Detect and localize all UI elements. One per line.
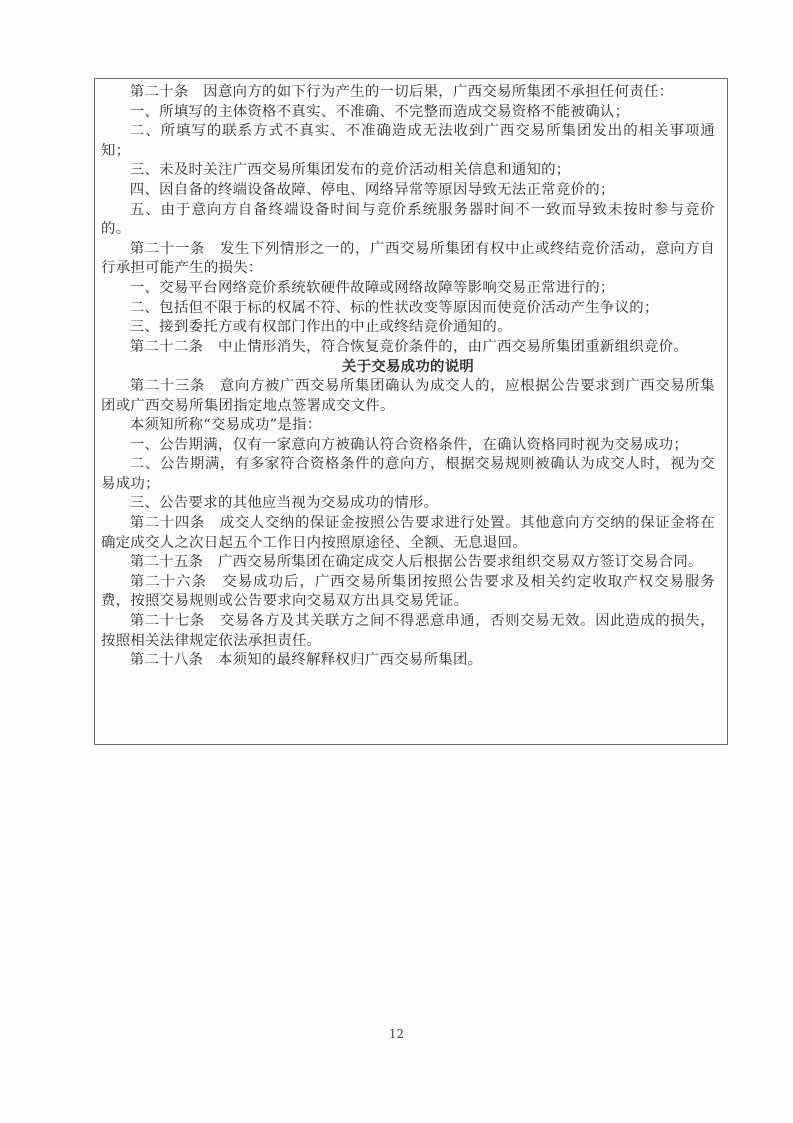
article-20-item-5: 五、由于意向方自备终端设备时间与竞价系统服务器时间不一致而导致未按时参与竞价的。	[101, 201, 715, 240]
article-24: 第二十四条 成交人交纳的保证金按照公告要求进行处置。其他意向方交纳的保证金将在确…	[101, 514, 715, 553]
article-23: 第二十三条 意向方被广西交易所集团确认为成交人的，应根据公告要求到广西交易所集团…	[101, 377, 715, 416]
article-20-item-2: 二、所填写的联系方式不真实、不准确造成无法收到广西交易所集团发出的相关事项通知；	[101, 122, 715, 161]
article-20: 第二十条 因意向方的如下行为产生的一切后果，广西交易所集团不承担任何责任：	[101, 83, 715, 103]
article-20-item-3: 三、未及时关注广西交易所集团发布的竞价活动相关信息和通知的；	[101, 161, 715, 181]
article-25: 第二十五条 广西交易所集团在确定成交人后根据公告要求组织交易双方签订交易合同。	[101, 553, 715, 573]
article-21-item-2: 二、包括但不限于标的权属不符、标的性状改变等原因而使竞价活动产生争议的；	[101, 299, 715, 319]
document-page: 第二十条 因意向方的如下行为产生的一切后果，广西交易所集团不承担任何责任： 一、…	[0, 0, 793, 1123]
article-21: 第二十一条 发生下列情形之一的，广西交易所集团有权中止或终结竞价活动，意向方自行…	[101, 240, 715, 279]
success-definition-item-1: 一、公告期满，仅有一家意向方被确认符合资格条件，在确认资格同时视为交易成功；	[101, 436, 715, 456]
article-20-item-1: 一、所填写的主体资格不真实、不准确、不完整而造成交易资格不能被确认；	[101, 103, 715, 123]
page-number: 12	[0, 1027, 793, 1041]
article-22: 第二十二条 中止情形消失，符合恢复竞价条件的，由广西交易所集团重新组织竞价。	[101, 338, 715, 358]
article-26: 第二十六条 交易成功后，广西交易所集团按照公告要求及相关约定收取产权交易服务费，…	[101, 573, 715, 612]
section-heading: 关于交易成功的说明	[101, 357, 715, 377]
article-21-item-1: 一、交易平台网络竞价系统软硬件故障或网络故障等影响交易正常进行的；	[101, 279, 715, 299]
success-definition-item-3: 三、公告要求的其他应当视为交易成功的情形。	[101, 494, 715, 514]
article-28: 第二十八条 本须知的最终解释权归广西交易所集团。	[101, 651, 715, 671]
notice-text-box: 第二十条 因意向方的如下行为产生的一切后果，广西交易所集团不承担任何责任： 一、…	[94, 78, 728, 745]
article-20-item-4: 四、因自备的终端设备故障、停电、网络异常等原因导致无法正常竞价的；	[101, 181, 715, 201]
success-definition-item-2: 二、公告期满，有多家符合资格条件的意向方，根据交易规则被确认为成交人时，视为交易…	[101, 455, 715, 494]
article-27: 第二十七条 交易各方及其关联方之间不得恶意串通，否则交易无效。因此造成的损失，按…	[101, 612, 715, 651]
article-21-item-3: 三、接到委托方或有权部门作出的中止或终结竞价通知的。	[101, 318, 715, 338]
success-definition-intro: 本须知所称“交易成功”是指：	[101, 416, 715, 436]
